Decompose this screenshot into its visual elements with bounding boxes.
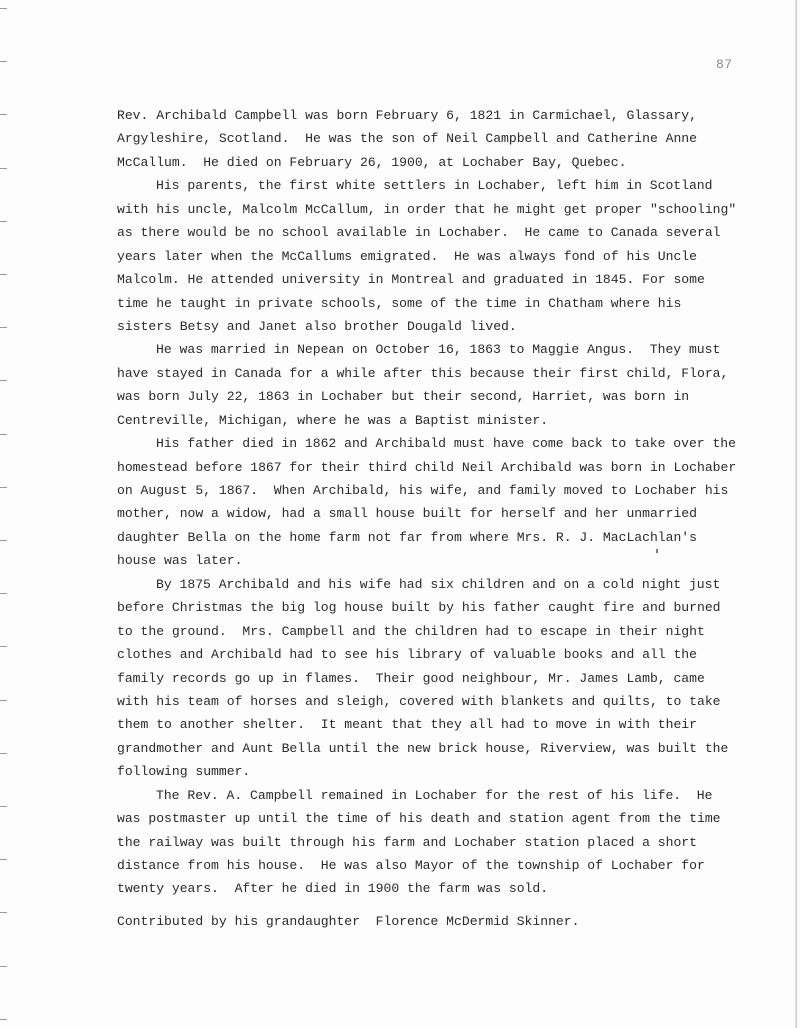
spacer (117, 901, 777, 910)
margin-mark (0, 753, 7, 754)
text-line: was postmaster up until the time of his … (117, 807, 777, 830)
text-line: was born July 22, 1863 in Lochaber but t… (117, 385, 777, 408)
text-line: The Rev. A. Campbell remained in Lochabe… (117, 784, 777, 807)
text-line: twenty years. After he died in 1900 the … (117, 877, 777, 900)
text-line: with his uncle, Malcolm McCallum, in ord… (117, 198, 777, 221)
text-line: sisters Betsy and Janet also brother Dou… (117, 315, 777, 338)
text-line: mother, now a widow, had a small house b… (117, 502, 777, 525)
margin-mark (0, 540, 7, 541)
margin-mark (0, 859, 7, 860)
text-line: Argyleshire, Scotland. He was the son of… (117, 127, 777, 150)
text-line: on August 5, 1867. When Archibald, his w… (117, 479, 777, 502)
margin-mark (0, 61, 7, 62)
text-line: with his team of horses and sleigh, cove… (117, 690, 777, 713)
text-line: homestead before 1867 for their third ch… (117, 456, 777, 479)
text-line: McCallum. He died on February 26, 1900, … (117, 151, 777, 174)
margin-mark (0, 487, 7, 488)
margin-mark (0, 221, 7, 222)
text-line: grandmother and Aunt Bella until the new… (117, 737, 777, 760)
text-line: following summer. (117, 760, 777, 783)
paragraph: The Rev. A. Campbell remained in Lochabe… (117, 784, 777, 901)
margin-mark (0, 434, 7, 435)
margin-mark (0, 380, 7, 381)
margin-mark (0, 114, 7, 115)
text-line: as there would be no school available in… (117, 221, 777, 244)
paragraph: His parents, the first white settlers in… (117, 174, 777, 338)
paragraph: Rev. Archibald Campbell was born Februar… (117, 104, 777, 174)
text-line: before Christmas the big log house built… (117, 596, 777, 619)
text-line: have stayed in Canada for a while after … (117, 362, 777, 385)
margin-mark (0, 274, 7, 275)
text-line: daughter Bella on the home farm not far … (117, 526, 777, 549)
document-body: Rev. Archibald Campbell was born Februar… (117, 104, 777, 933)
text-line: He was married in Nepean on October 16, … (117, 338, 777, 361)
margin-mark (0, 593, 7, 594)
attribution: Contributed by his grandaughter Florence… (117, 910, 777, 933)
margin-mark (0, 168, 7, 169)
text-line: His parents, the first white settlers in… (117, 174, 777, 197)
margin-mark (0, 8, 7, 9)
page-number: 87 (716, 57, 733, 72)
margin-mark (0, 966, 7, 967)
margin-mark (0, 700, 7, 701)
text-line: Malcolm. He attended university in Montr… (117, 268, 777, 291)
text-line: family records go up in flames. Their go… (117, 667, 777, 690)
text-line: Rev. Archibald Campbell was born Februar… (117, 104, 777, 127)
text-line: time he taught in private schools, some … (117, 292, 777, 315)
text-line: By 1875 Archibald and his wife had six c… (117, 573, 777, 596)
margin-mark (0, 912, 7, 913)
text-line: years later when the McCallums emigrated… (117, 245, 777, 268)
paragraph: By 1875 Archibald and his wife had six c… (117, 573, 777, 784)
paragraph: He was married in Nepean on October 16, … (117, 338, 777, 432)
margin-mark (0, 806, 7, 807)
page-edge (795, 0, 797, 1028)
margin-mark (0, 1019, 7, 1020)
margin-mark (0, 646, 7, 647)
text-line: house was later. (117, 549, 777, 572)
text-line: distance from his house. He was also May… (117, 854, 777, 877)
text-line: Centreville, Michigan, where he was a Ba… (117, 409, 777, 432)
stray-ink-mark (656, 549, 658, 553)
margin-mark (0, 327, 7, 328)
text-line: to the ground. Mrs. Campbell and the chi… (117, 620, 777, 643)
paragraph: His father died in 1862 and Archibald mu… (117, 432, 777, 573)
text-line: His father died in 1862 and Archibald mu… (117, 432, 777, 455)
text-line: clothes and Archibald had to see his lib… (117, 643, 777, 666)
text-line: the railway was built through his farm a… (117, 831, 777, 854)
text-line: them to another shelter. It meant that t… (117, 713, 777, 736)
